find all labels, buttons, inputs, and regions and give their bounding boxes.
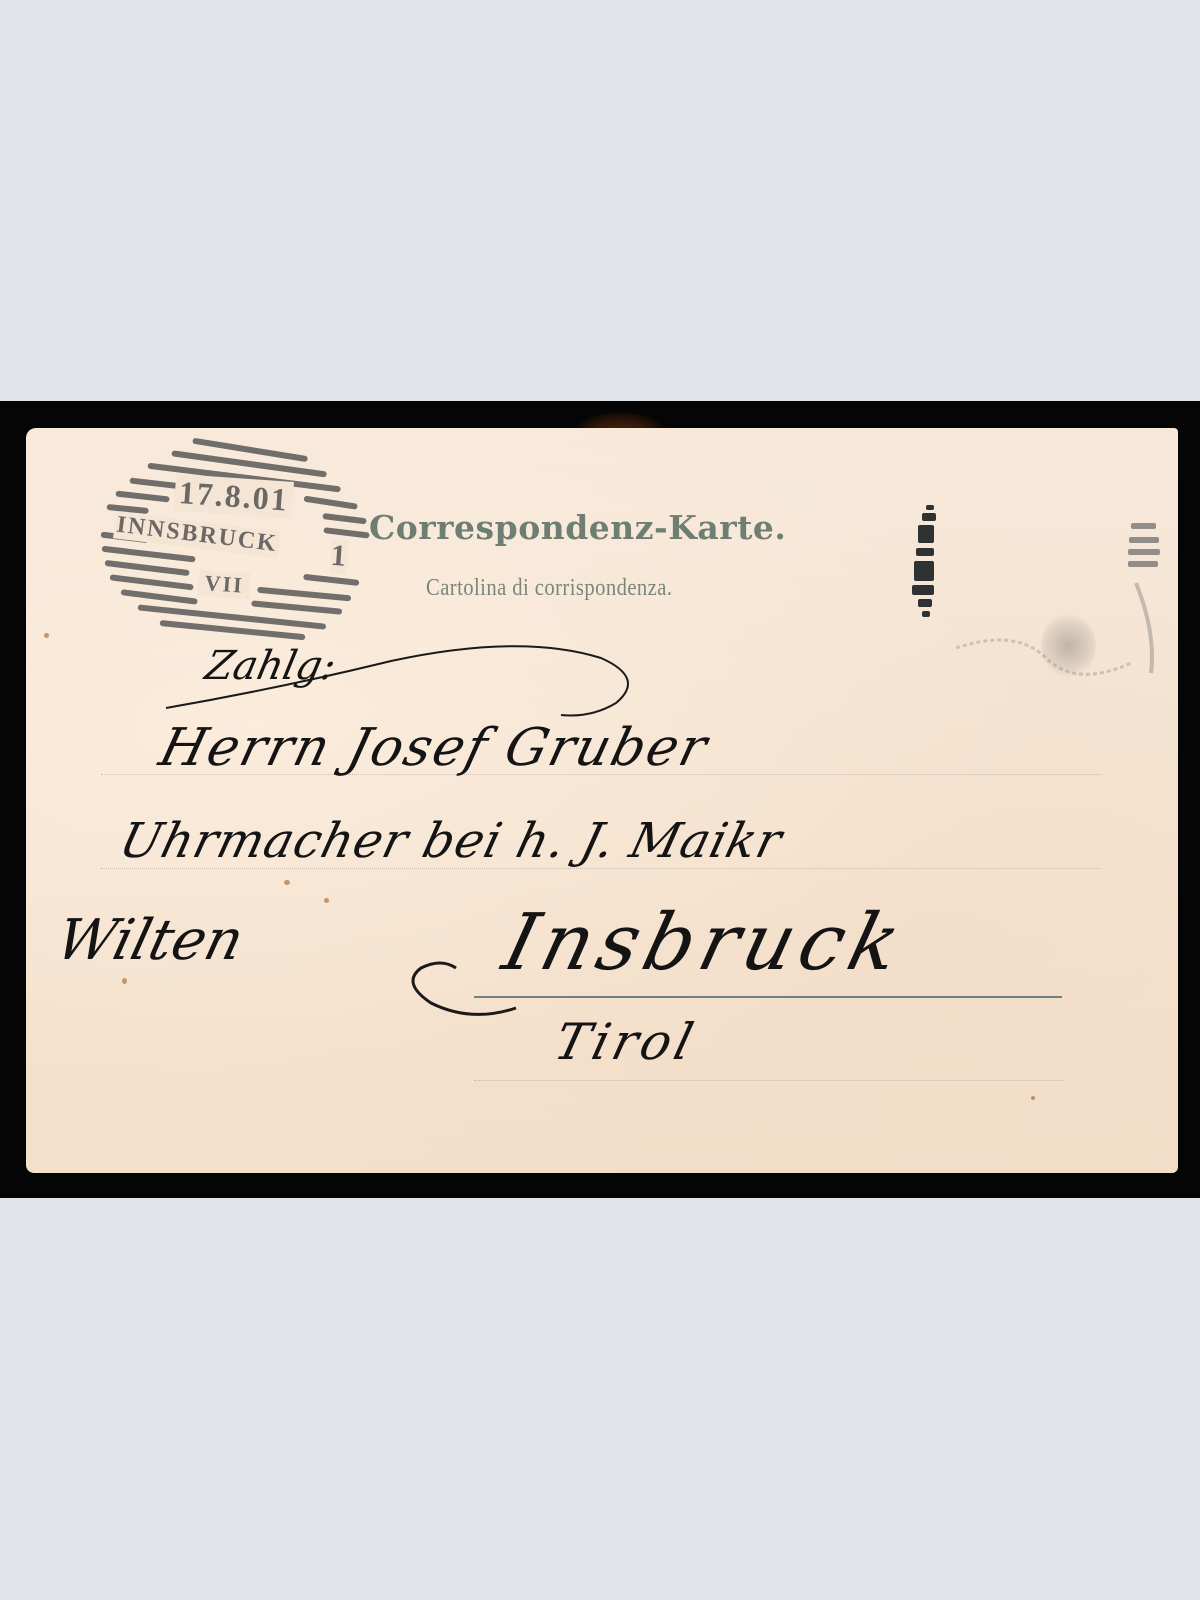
card-heading: Correspondenz-Karte.	[369, 508, 786, 547]
foxing-spot	[122, 978, 127, 984]
postmark-office-number: 1	[330, 539, 349, 574]
address-line-4-district: Wilten	[50, 908, 250, 973]
cancellation-mark-right-icon	[1126, 513, 1176, 683]
address-guide-line	[474, 1080, 1064, 1081]
foxing-spot	[284, 880, 290, 885]
address-line-3: Uhrmacher bei h. J. Maikr	[114, 813, 788, 869]
card-subheading: Cartolina di corrispondenza.	[426, 575, 672, 602]
address-line-2: Herrn Josef Gruber	[154, 718, 715, 778]
foxing-spot	[44, 633, 49, 638]
address-line-1: Zahlg:	[201, 643, 340, 689]
ink-smudge	[1041, 613, 1096, 678]
cancellation-mark-icon	[904, 503, 944, 623]
city-underline	[474, 996, 1062, 998]
foxing-spot	[324, 898, 329, 903]
postmark-time: VII	[198, 570, 251, 599]
address-line-4-city: Insbruck	[495, 898, 915, 988]
foxing-spot	[1031, 1096, 1035, 1100]
postcard: 17.8.01 INNSBRUCK 1 VII Correspondenz-Ka…	[26, 428, 1178, 1173]
address-line-5-region: Tirol	[549, 1013, 703, 1071]
postmark: 17.8.01 INNSBRUCK 1 VII	[87, 428, 381, 652]
scan-frame: 17.8.01 INNSBRUCK 1 VII Correspondenz-Ka…	[0, 401, 1200, 1198]
